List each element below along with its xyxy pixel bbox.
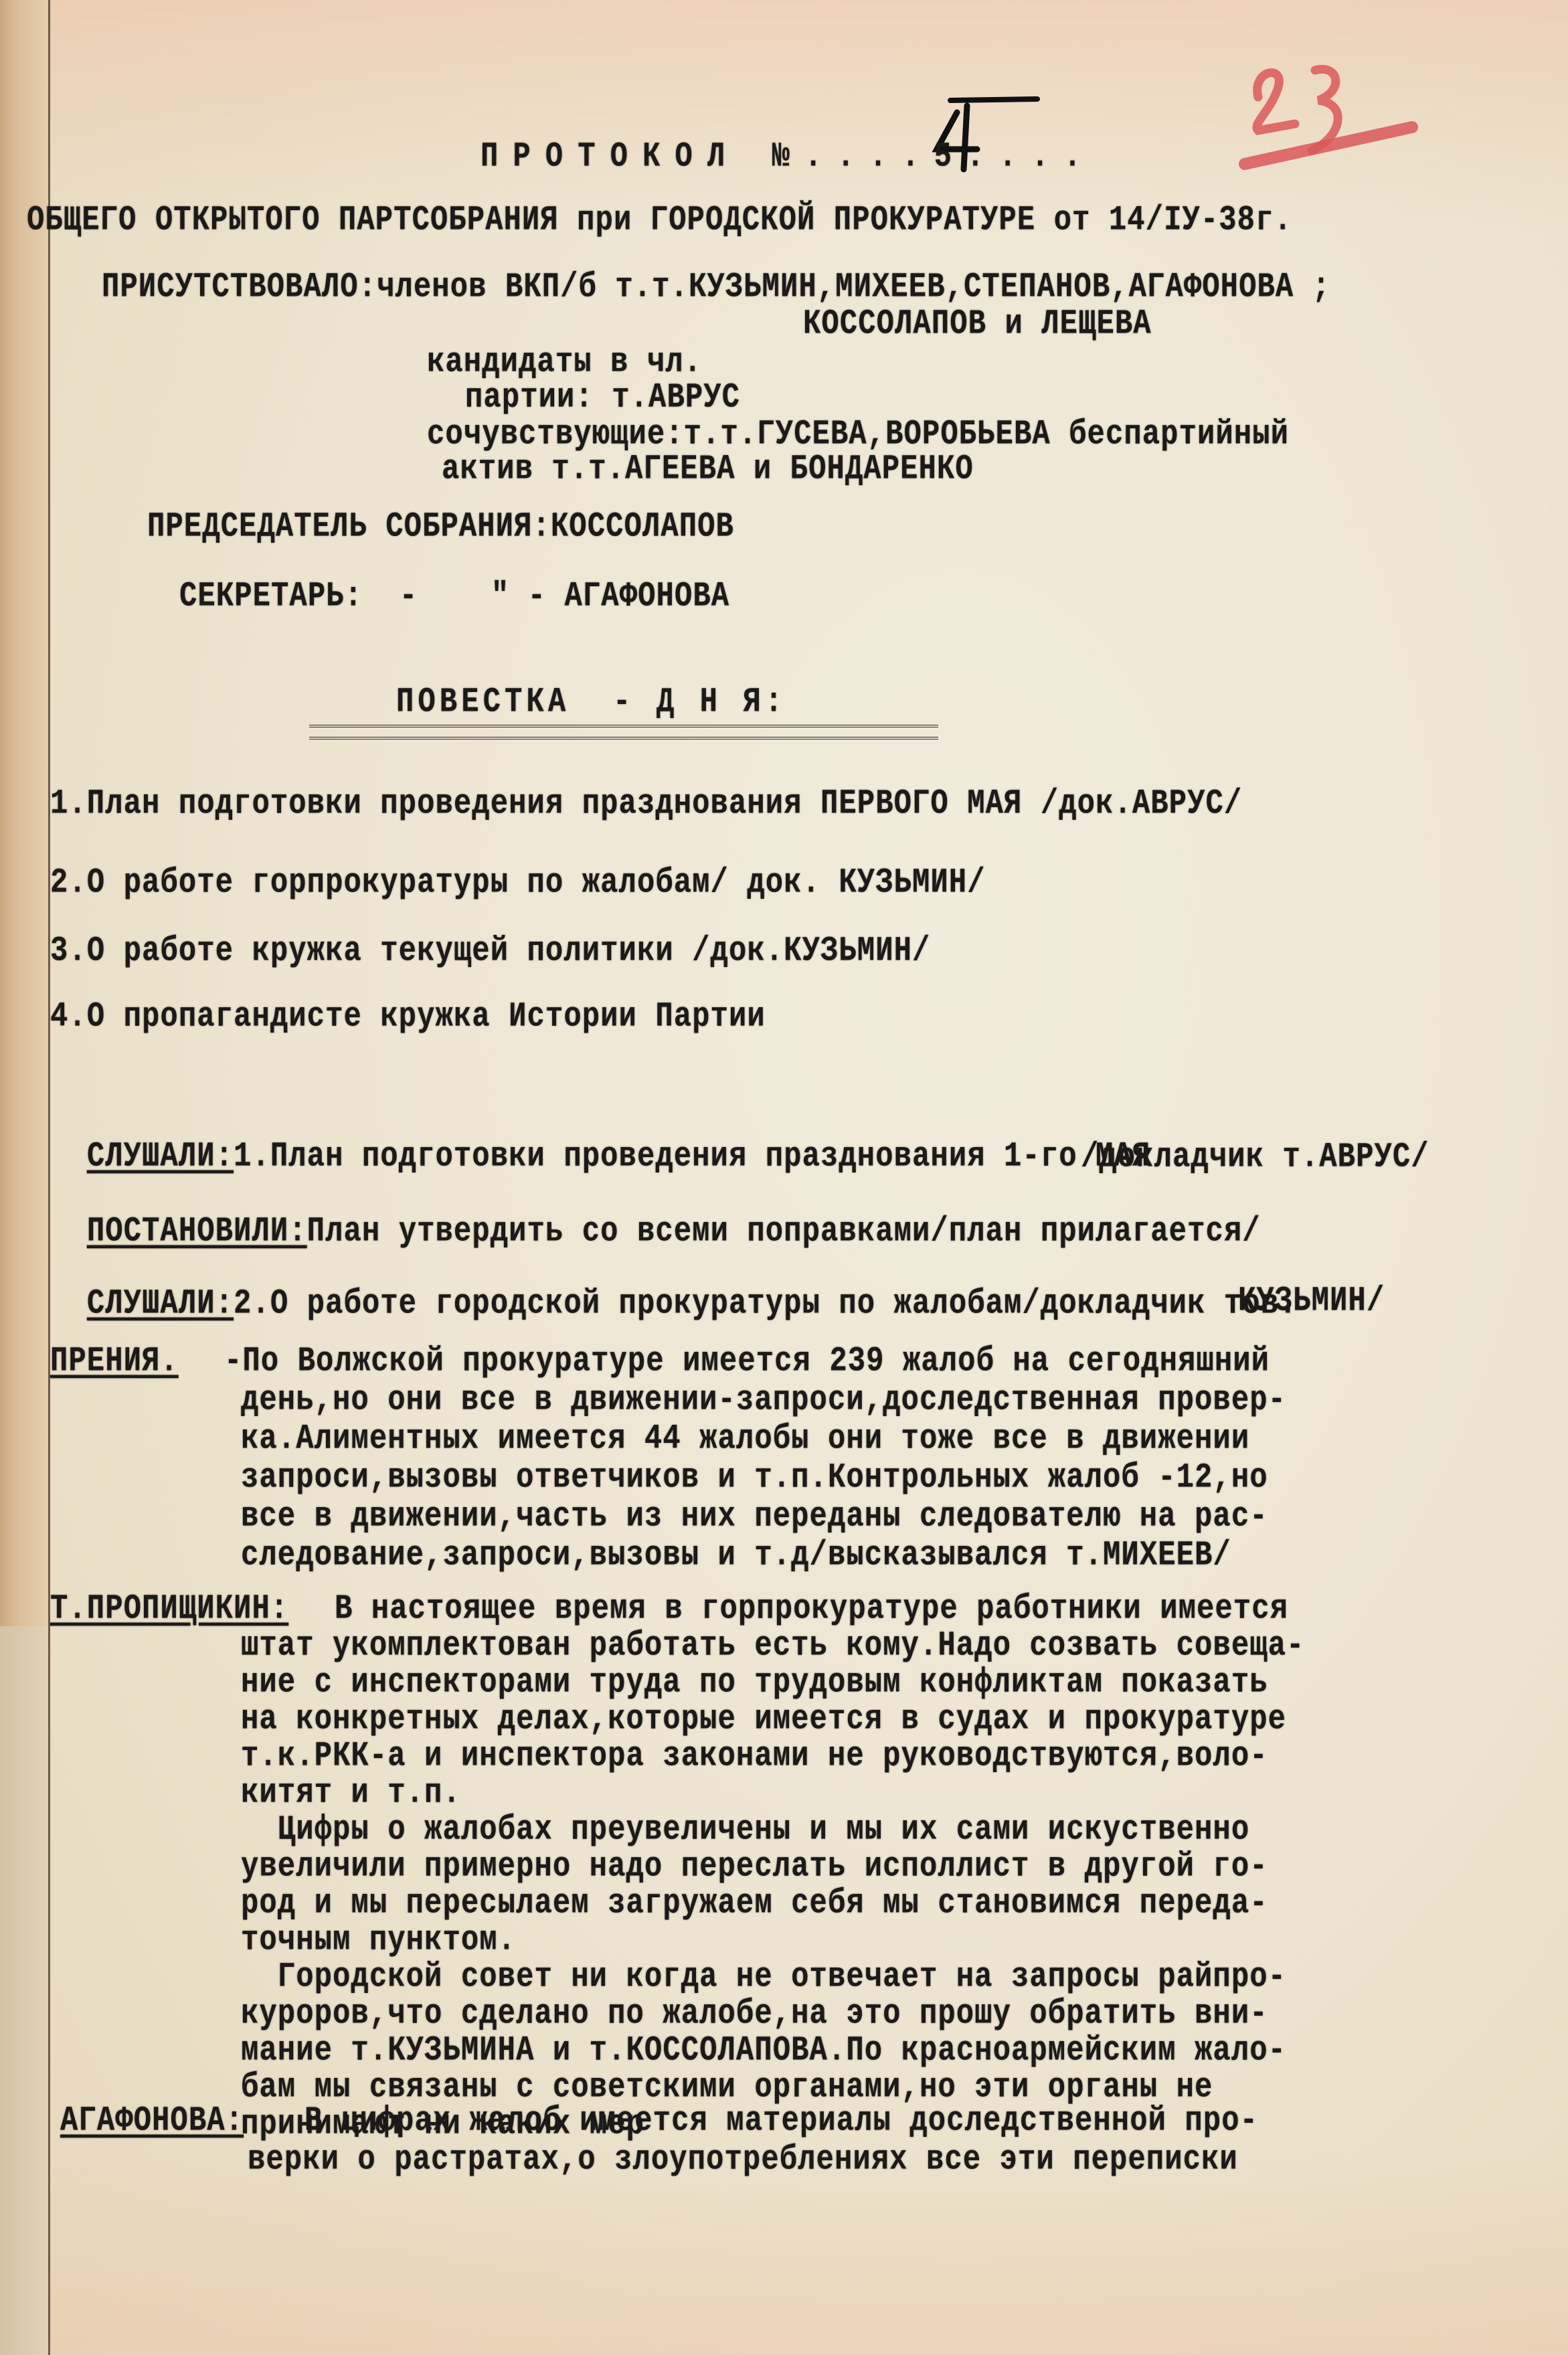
agenda-item-4: 4.О пропагандисте кружка Истории Партии [50,997,766,1037]
speaker-label-propishchikin: Т.ПРОПИЩИКИН: [50,1589,288,1629]
propishchikin-line: точным пунктом. [241,1921,516,1960]
agenda-heading: ПОВЕСТКА - Д Н Я: [396,683,786,722]
archive-page-number-mark [1231,50,1432,171]
paper-stain-bottom [50,2154,1568,2355]
section-cont-heard-1: /докладчик т.АВРУС/ [1081,1138,1429,1177]
attendance-members: ПРИСУТСТВОВАЛО:членов ВКП/б т.т.КУЗЬМИН,… [102,268,1330,307]
propishchikin-line: Цифры о жалобах преувеличены и мы их сам… [241,1810,1249,1850]
agafonova-line: верки о растратах,о злоупотреблениях все… [248,2140,1238,2180]
agenda-item-2: 2.О работе горпрокуратуры по жалобам/ до… [50,863,986,903]
candidates-line-2: партии: т.АВРУС [465,378,740,418]
agenda-heading-underline [309,725,938,739]
debate-label: ПРЕНИЯ. [50,1342,179,1381]
candidates-line-1: кандидаты в чл. [427,343,702,382]
sympathizers-line-1: сочувствующие:т.т.ГУСЕВА,ВОРОБЬЕВА беспа… [427,415,1289,454]
document-subtitle: ОБЩЕГО ОТКРЫТОГО ПАРТСОБРАНИЯ при ГОРОДС… [27,201,1292,240]
propishchikin-line: куроров,что сделано по жалобе,на это про… [241,1994,1268,2034]
section-label-heard-1: СЛУШАЛИ: [87,1137,234,1176]
propishchikin-line: на конкретных делах,которые имеется в су… [241,1700,1286,1739]
debate-line: день,но они все в движении-запроси,досле… [241,1381,1286,1420]
secretary: СЕКРЕТАРЬ: - " - АГАФОНОВА [179,577,729,616]
chairman: ПРЕДСЕДАТЕЛЬ СОБРАНИЯ:КОССОЛАПОВ [147,507,734,547]
debate-line: все в движении,часть из них переданы сле… [241,1497,1268,1537]
speaker-label-agafonova: АГАФОНОВА: [60,2101,244,2141]
propishchikin-line: т.к.РКК-а и инспектора законами не руков… [241,1737,1268,1776]
section-text-heard-2: 2.О работе городской прокуратуры по жало… [234,1284,1297,1324]
propishchikin-line: увеличили примерно надо переслать исполл… [241,1847,1268,1887]
propishchikin-line: ние с инспекторами труда по трудовым кон… [241,1663,1268,1703]
propishchikin-line: род и мы пересылаем загружаем себя мы ст… [241,1884,1268,1923]
propishchikin-line: В настоящее время в горпрокуратуре работ… [335,1589,1288,1629]
attendance-members-cont: КОССОЛАПОВ и ЛЕЩЕВА [803,304,1152,344]
section-cont-heard-2: КУЗЬМИН/ [1238,1282,1385,1321]
debate-line: запроси,вызовы ответчиков и т.п.Контроль… [241,1458,1268,1498]
sympathizers-line-2: актив т.т.АГЕЕВА и БОНДАРЕНКО [442,450,974,489]
agafonova-line: В цифрах жалоб имеется материалы доследс… [304,2101,1258,2141]
agenda-item-3: 3.О работе кружка текущей политики /док.… [50,932,930,971]
propishchikin-line: штат укомплектован работать есть кому.На… [241,1626,1304,1666]
propishchikin-line: мание т.КУЗЬМИНА и т.КОССОЛАПОВА.По крас… [241,2031,1286,2071]
agenda-item-1: 1.План подготовки проведения праздновани… [50,784,1242,824]
debate-line: следование,запроси,вызовы и т.д/высказыв… [241,1536,1231,1575]
document-title: ПРОТОКОЛ №....5.... [481,137,1096,177]
propishchikin-line: Городской совет ни когда не отвечает на … [241,1957,1286,1997]
section-text-heard-1: 1.План подготовки проведения праздновани… [234,1137,1150,1176]
debate-line: -По Волжской прокуратуре имеется 239 жал… [224,1342,1270,1381]
section-label-heard-2: СЛУШАЛИ: [87,1284,234,1324]
debate-line: ка.Алиментных имеется 44 жалобы они тоже… [241,1419,1249,1459]
propishchikin-line: китят и т.п. [241,1773,461,1813]
binding-edge-lower [0,1626,50,2355]
